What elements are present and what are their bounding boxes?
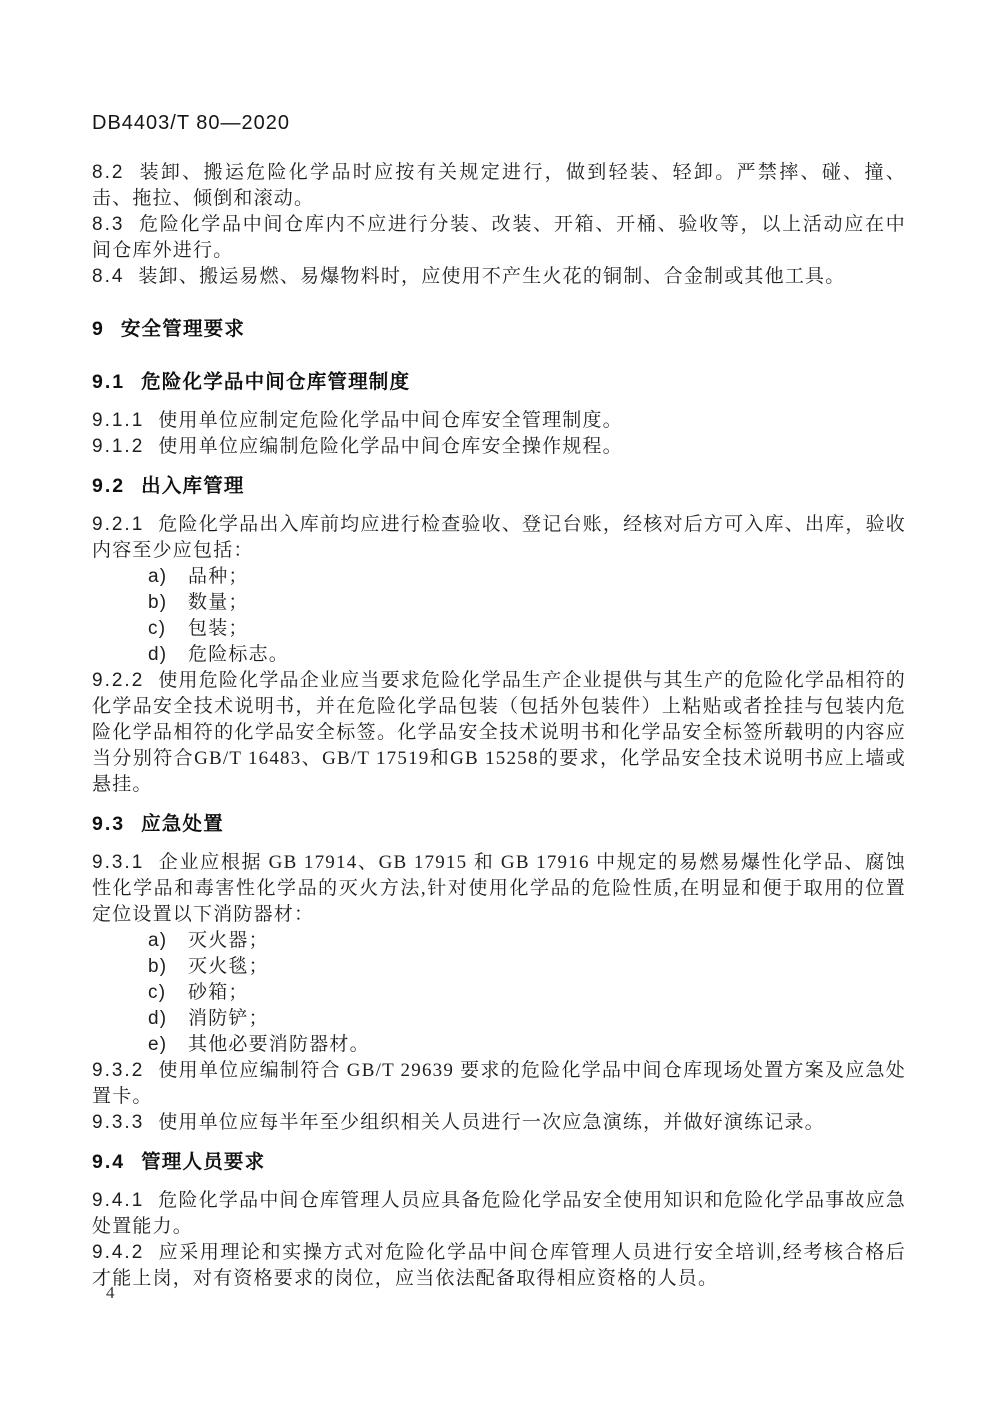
- clause-text: 危险标志。: [188, 644, 289, 665]
- heading-text: 危险化学品中间仓库管理制度: [141, 371, 410, 393]
- list-marker: c): [148, 980, 172, 1006]
- clause-number: 8.2: [92, 162, 124, 183]
- clause-number: 9.2.2: [92, 670, 144, 691]
- list-item: e)其他必要消防器材。: [92, 1032, 906, 1058]
- clause-paragraph: 9.1.1使用单位应制定危险化学品中间仓库安全管理制度。: [92, 408, 906, 434]
- list-item: a)灭火器；: [92, 928, 906, 954]
- list-marker: b): [148, 954, 172, 980]
- clause-text: 危险化学品中间仓库管理人员应具备危险化学品安全使用知识和危险化学品事故应急处置能…: [92, 1190, 906, 1237]
- list-marker: d): [148, 642, 172, 668]
- clause-text: 消防铲；: [188, 1008, 269, 1029]
- clause-paragraph: 9.3.1企业应根据 GB 17914、GB 17915 和 GB 17916 …: [92, 850, 906, 928]
- document-body: 8.2装卸、搬运危险化学品时应按有关规定进行，做到轻装、轻卸。严禁摔、碰、撞、击…: [92, 160, 906, 1292]
- clause-text: 使用单位应制定危险化学品中间仓库安全管理制度。: [158, 410, 623, 431]
- clause-text: 使用单位应每半年至少组织相关人员进行一次应急演练，并做好演练记录。: [158, 1112, 825, 1133]
- list-marker: a): [148, 928, 172, 954]
- clause-text: 包装；: [188, 618, 249, 639]
- clause-paragraph: 8.4装卸、搬运易燃、易爆物料时，应使用不产生火花的铜制、合金制或其他工具。: [92, 264, 906, 290]
- clause-text: 砂箱；: [188, 982, 249, 1003]
- doc-number: DB4403/T 80—2020: [92, 112, 906, 134]
- clause-paragraph: 9.3.2使用单位应编制符合 GB/T 29639 要求的危险化学品中间仓库现场…: [92, 1058, 906, 1110]
- clause-text: 使用危险化学品企业应当要求危险化学品生产企业提供与其生产的危险化学品相符的化学品…: [92, 670, 906, 795]
- list-marker: b): [148, 590, 172, 616]
- clause-paragraph: 9.3.3使用单位应每半年至少组织相关人员进行一次应急演练，并做好演练记录。: [92, 1110, 906, 1136]
- clause-number: 9.2: [92, 475, 125, 497]
- clause-number: 9.4.1: [92, 1190, 144, 1211]
- clause-number: 9.1: [92, 371, 125, 393]
- clause-paragraph: 9.4.1危险化学品中间仓库管理人员应具备危险化学品安全使用知识和危险化学品事故…: [92, 1188, 906, 1240]
- clause-text: 装卸、搬运危险化学品时应按有关规定进行，做到轻装、轻卸。严禁摔、碰、撞、击、拖拉…: [92, 162, 906, 209]
- clause-text: 危险化学品中间仓库内不应进行分装、改装、开箱、开桶、验收等，以上活动应在中间仓库…: [92, 214, 906, 261]
- list-marker: d): [148, 1006, 172, 1032]
- clause-number: 9: [92, 318, 105, 340]
- list-item: c)砂箱；: [92, 980, 906, 1006]
- clause-number: 9.3.3: [92, 1112, 144, 1133]
- clause-text: 品种；: [188, 566, 249, 587]
- clause-number: 9.1.1: [92, 410, 144, 431]
- clause-paragraph: 9.2.2使用危险化学品企业应当要求危险化学品生产企业提供与其生产的危险化学品相…: [92, 668, 906, 798]
- subsection-heading: 9.1危险化学品中间仓库管理制度: [92, 369, 906, 395]
- clause-text: 危险化学品出入库前均应进行检查验收、登记台账，经核对后方可入库、出库，验收内容至…: [92, 514, 906, 561]
- section-heading: 9安全管理要求: [92, 316, 906, 342]
- clause-text: 数量；: [188, 592, 249, 613]
- clause-number: 8.3: [92, 214, 124, 235]
- heading-text: 安全管理要求: [121, 318, 245, 340]
- clause-text: 其他必要消防器材。: [188, 1034, 370, 1055]
- list-item: d)消防铲；: [92, 1006, 906, 1032]
- clause-text: 装卸、搬运易燃、易爆物料时，应使用不产生火花的铜制、合金制或其他工具。: [138, 266, 845, 287]
- heading-text: 出入库管理: [141, 475, 245, 497]
- heading-text: 应急处置: [141, 813, 224, 835]
- list-item: c)包装；: [92, 616, 906, 642]
- heading-text: 管理人员要求: [141, 1151, 265, 1173]
- subsection-heading: 9.4管理人员要求: [92, 1149, 906, 1175]
- clause-number: 8.4: [92, 266, 124, 287]
- document-page: DB4403/T 80—2020 8.2装卸、搬运危险化学品时应按有关规定进行，…: [0, 0, 992, 1403]
- clause-number: 9.2.1: [92, 514, 144, 535]
- clause-number: 9.3: [92, 813, 125, 835]
- clause-paragraph: 9.2.1危险化学品出入库前均应进行检查验收、登记台账，经核对后方可入库、出库，…: [92, 512, 906, 564]
- subsection-heading: 9.2出入库管理: [92, 473, 906, 499]
- clause-text: 应采用理论和实操方式对危险化学品中间仓库管理人员进行安全培训,经考核合格后才能上…: [92, 1242, 906, 1289]
- clause-paragraph: 8.2装卸、搬运危险化学品时应按有关规定进行，做到轻装、轻卸。严禁摔、碰、撞、击…: [92, 160, 906, 212]
- list-item: b)灭火毯；: [92, 954, 906, 980]
- page-number: 4: [106, 1283, 115, 1303]
- list-marker: e): [148, 1032, 172, 1058]
- clause-number: 9.4.2: [92, 1242, 144, 1263]
- clause-text: 企业应根据 GB 17914、GB 17915 和 GB 17916 中规定的易…: [92, 852, 906, 925]
- clause-text: 灭火器；: [188, 930, 269, 951]
- list-marker: c): [148, 616, 172, 642]
- clause-text: 灭火毯；: [188, 956, 269, 977]
- clause-text: 使用单位应编制符合 GB/T 29639 要求的危险化学品中间仓库现场处置方案及…: [92, 1060, 906, 1107]
- clause-number: 9.1.2: [92, 436, 144, 457]
- list-item: b)数量；: [92, 590, 906, 616]
- clause-paragraph: 9.4.2应采用理论和实操方式对危险化学品中间仓库管理人员进行安全培训,经考核合…: [92, 1240, 906, 1292]
- list-item: a)品种；: [92, 564, 906, 590]
- clause-number: 9.3.1: [92, 852, 144, 873]
- list-marker: a): [148, 564, 172, 590]
- clause-paragraph: 8.3危险化学品中间仓库内不应进行分装、改装、开箱、开桶、验收等，以上活动应在中…: [92, 212, 906, 264]
- subsection-heading: 9.3应急处置: [92, 811, 906, 837]
- clause-number: 9.4: [92, 1151, 125, 1173]
- list-item: d)危险标志。: [92, 642, 906, 668]
- clause-number: 9.3.2: [92, 1060, 144, 1081]
- clause-text: 使用单位应编制危险化学品中间仓库安全操作规程。: [158, 436, 623, 457]
- clause-paragraph: 9.1.2使用单位应编制危险化学品中间仓库安全操作规程。: [92, 434, 906, 460]
